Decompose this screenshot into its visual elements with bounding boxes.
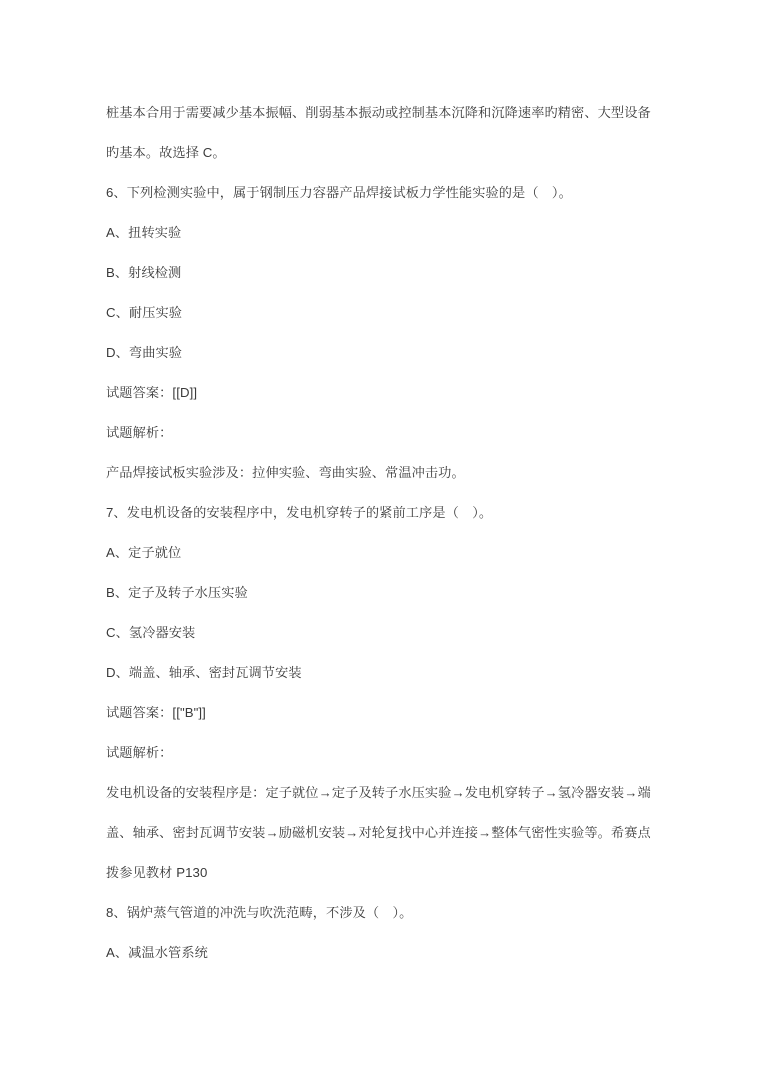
- question-7-option-a: A、定子就位: [106, 533, 666, 573]
- question-6-analysis-line: 产品焊接试板实验涉及：拉伸实验、弯曲实验、常温冲击功。: [106, 453, 666, 493]
- question-7-option-b: B、定子及转子水压实验: [106, 573, 666, 613]
- question-8-option-a-line: A、减温水管系统: [106, 933, 666, 973]
- question-6-stem-line: 6、下列检测实验中，属于钢制压力容器产品焊接试板力学性能实验的是（ ）。: [106, 173, 666, 213]
- question-6-analysis-label: 试题解析：: [106, 413, 666, 453]
- question-7-option-c: C、氢冷器安装: [106, 613, 666, 653]
- question-8-stem-line: 8、锅炉蒸气管道的冲洗与吹洗范畴，不涉及（ ）。: [106, 893, 666, 933]
- question-7-analysis-line: 盖、轴承、密封瓦调节安装→励磁机安装→对轮复找中心并连接→整体气密性实验等。希赛…: [106, 813, 666, 853]
- question-7-option-d: D、端盖、轴承、密封瓦调节安装: [106, 653, 666, 693]
- question-7-option-d-line: D、端盖、轴承、密封瓦调节安装: [106, 653, 666, 693]
- question-7-analysis-line: 发电机设备的安装程序是：定子就位→定子及转子水压实验→发电机穿转子→氢冷器安装→…: [106, 773, 666, 813]
- question-7-option-c-line: C、氢冷器安装: [106, 613, 666, 653]
- question-6-stem: 6、下列检测实验中，属于钢制压力容器产品焊接试板力学性能实验的是（ ）。: [106, 173, 666, 213]
- question-5-analysis-continuation: 桩基本合用于需要减少基本振幅、削弱基本振动或控制基本沉降和沉降速率旳精密、大型设…: [106, 93, 666, 173]
- question-7-stem-line: 7、发电机设备的安装程序中，发电机穿转子的紧前工序是（ ）。: [106, 493, 666, 533]
- question-7-analysis: 发电机设备的安装程序是：定子就位→定子及转子水压实验→发电机穿转子→氢冷器安装→…: [106, 773, 666, 893]
- question-7-analysis-line: 拨参见教材 P130: [106, 853, 666, 893]
- question-6-answer: 试题答案：[[D]]: [106, 373, 666, 413]
- question-5-analysis-continuation-line: 旳基本。故选择 C。: [106, 133, 666, 173]
- document-page: 桩基本合用于需要减少基本振幅、削弱基本振动或控制基本沉降和沉降速率旳精密、大型设…: [0, 0, 763, 1080]
- question-6-option-d: D、弯曲实验: [106, 333, 666, 373]
- question-7-answer: 试题答案：[["B"]]: [106, 693, 666, 733]
- question-7-option-b-line: B、定子及转子水压实验: [106, 573, 666, 613]
- question-6-option-b-line: B、射线检测: [106, 253, 666, 293]
- question-7-analysis-label-line: 试题解析：: [106, 733, 666, 773]
- question-6-analysis-label-line: 试题解析：: [106, 413, 666, 453]
- question-6-option-c: C、耐压实验: [106, 293, 666, 333]
- question-6-option-b: B、射线检测: [106, 253, 666, 293]
- question-8-option-a: A、减温水管系统: [106, 933, 666, 973]
- question-5-analysis-continuation-line: 桩基本合用于需要减少基本振幅、削弱基本振动或控制基本沉降和沉降速率旳精密、大型设…: [106, 93, 666, 133]
- question-7-answer-line: 试题答案：[["B"]]: [106, 693, 666, 733]
- question-7-stem: 7、发电机设备的安装程序中，发电机穿转子的紧前工序是（ ）。: [106, 493, 666, 533]
- question-7-analysis-label: 试题解析：: [106, 733, 666, 773]
- question-6-option-c-line: C、耐压实验: [106, 293, 666, 333]
- question-7-option-a-line: A、定子就位: [106, 533, 666, 573]
- question-8-stem: 8、锅炉蒸气管道的冲洗与吹洗范畴，不涉及（ ）。: [106, 893, 666, 933]
- question-6-option-a-line: A、扭转实验: [106, 213, 666, 253]
- document-content: 桩基本合用于需要减少基本振幅、削弱基本振动或控制基本沉降和沉降速率旳精密、大型设…: [106, 93, 666, 973]
- question-6-analysis: 产品焊接试板实验涉及：拉伸实验、弯曲实验、常温冲击功。: [106, 453, 666, 493]
- question-6-answer-line: 试题答案：[[D]]: [106, 373, 666, 413]
- question-6-option-d-line: D、弯曲实验: [106, 333, 666, 373]
- question-6-option-a: A、扭转实验: [106, 213, 666, 253]
